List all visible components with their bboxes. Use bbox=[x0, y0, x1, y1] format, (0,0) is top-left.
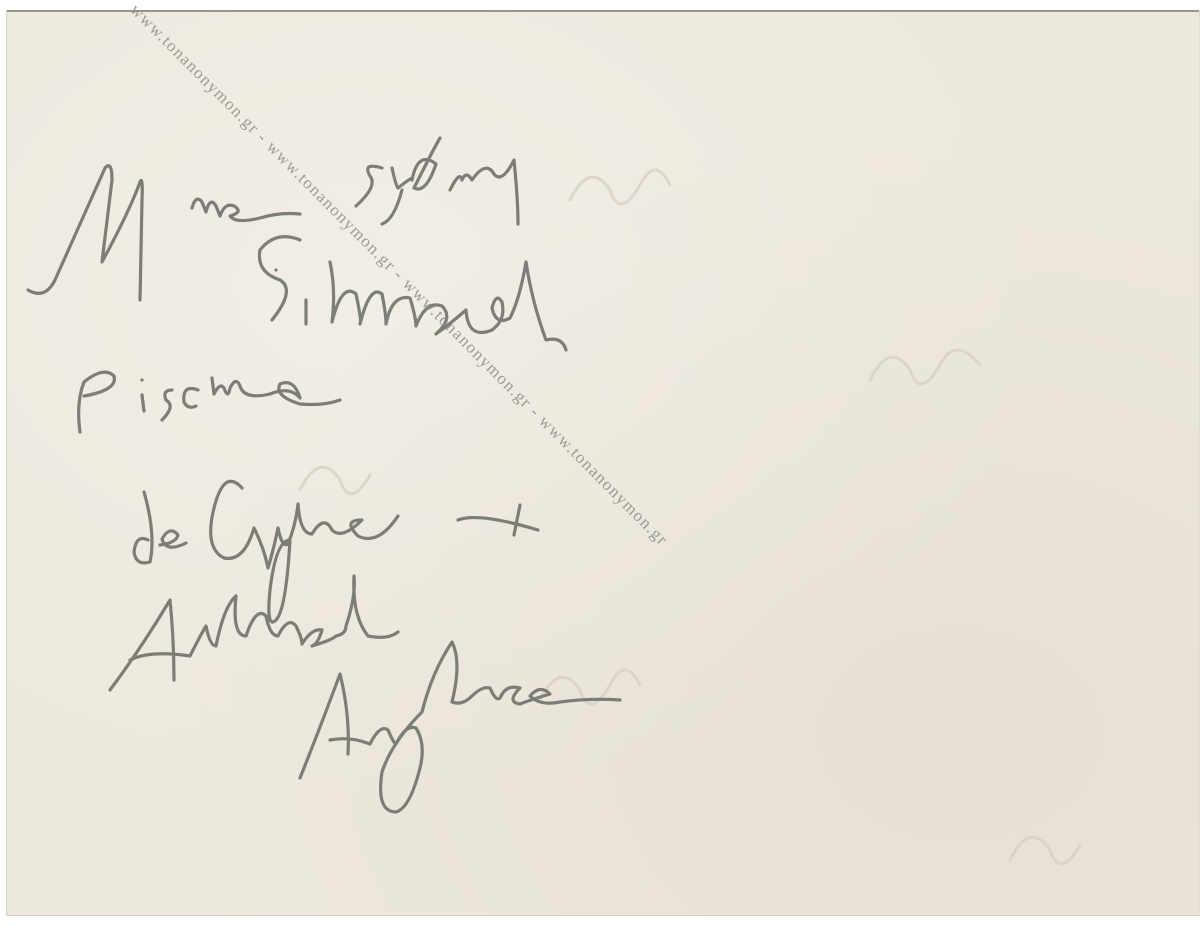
stroke-piscine bbox=[79, 372, 340, 432]
stroke-de bbox=[134, 492, 186, 563]
stroke-M bbox=[28, 166, 142, 300]
stroke-goulet bbox=[211, 481, 538, 622]
stroke-ambassade bbox=[110, 576, 398, 690]
stroke-sydney bbox=[356, 138, 518, 224]
stroke-anglaise bbox=[300, 642, 620, 812]
stroke-me bbox=[192, 199, 300, 220]
